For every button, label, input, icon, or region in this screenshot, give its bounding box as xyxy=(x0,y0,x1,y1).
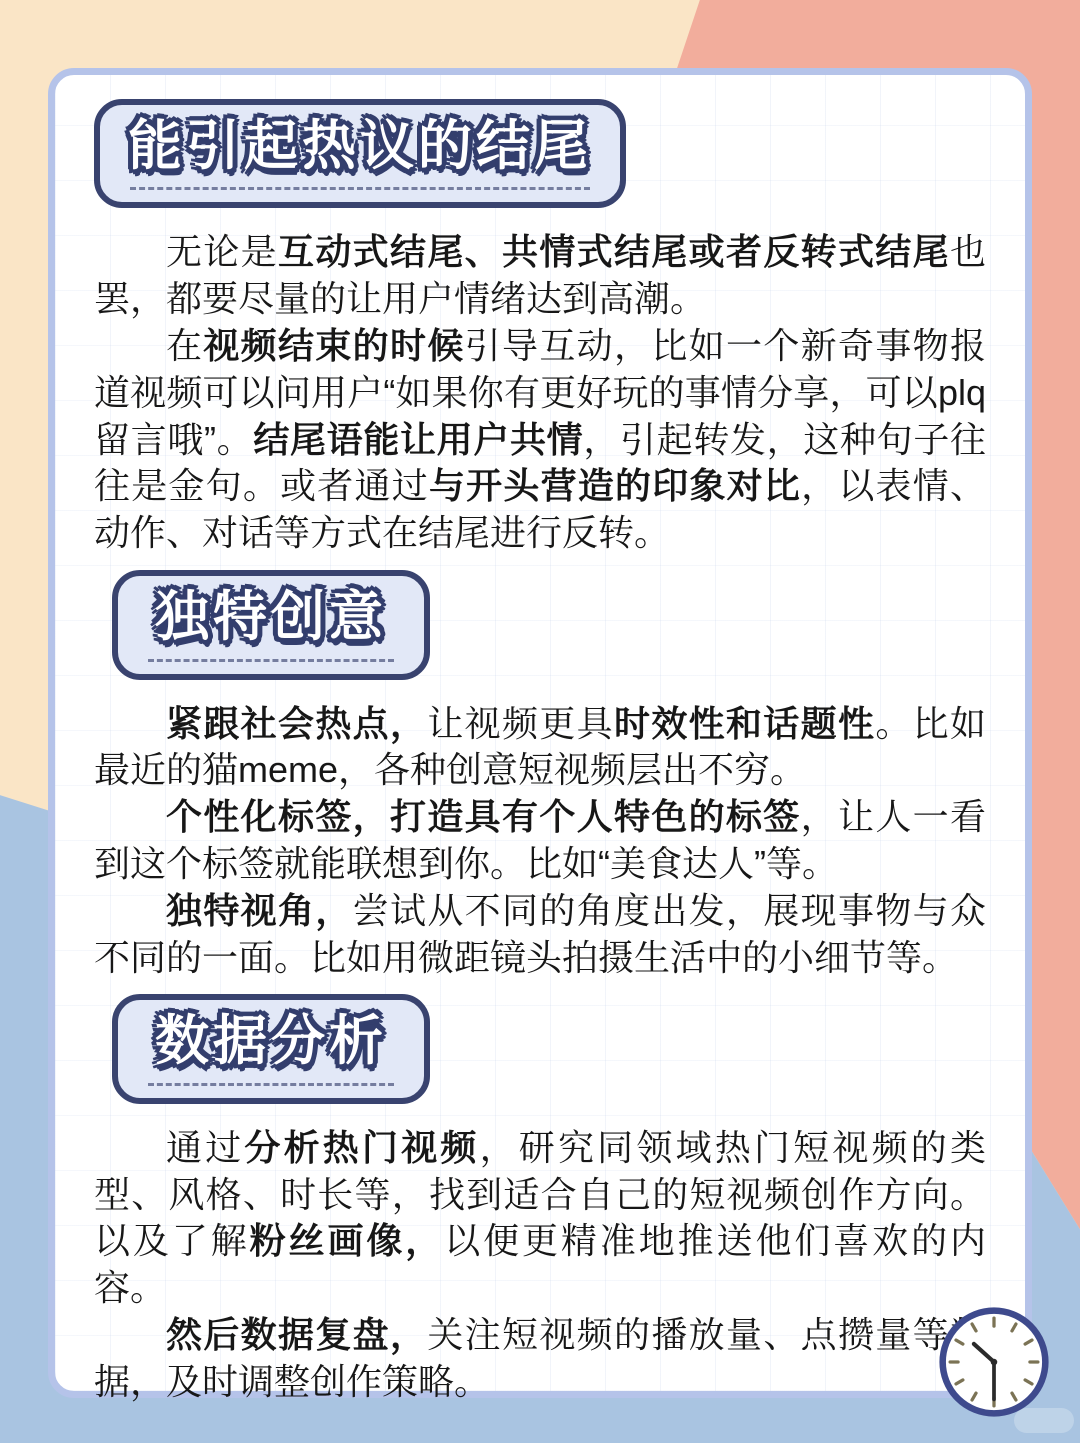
text-run: 在 xyxy=(166,325,203,366)
text-run: 通过 xyxy=(166,1127,244,1168)
section-hot-ending: 能引起热议的结尾无论是互动式结尾、共情式结尾或者反转式结尾也罢，都要尽量的让用户… xyxy=(94,99,986,557)
section-unique-creativity: 独特创意紧跟社会热点，让视频更具时效性和话题性。比如最近的猫meme，各种创意短… xyxy=(94,570,986,981)
bold-text-run: 时效性和话题性 xyxy=(614,703,875,744)
section-title: 能引起热议的结尾 xyxy=(128,116,592,176)
header-dashed-underline xyxy=(148,1083,394,1086)
paragraph: 个性化标签，打造具有个人特色的标签，让人一看到这个标签就能联想到你。比如“美食达… xyxy=(94,794,986,888)
section-title: 独特创意 xyxy=(146,587,396,647)
content-card: 能引起热议的结尾无论是互动式结尾、共情式结尾或者反转式结尾也罢，都要尽量的让用户… xyxy=(48,68,1032,1398)
text-run: 让视频更具 xyxy=(427,703,614,744)
bold-text-run: 粉丝画像， xyxy=(250,1220,445,1261)
paragraph: 紧跟社会热点，让视频更具时效性和话题性。比如最近的猫meme，各种创意短视频层出… xyxy=(94,701,986,795)
bold-text-run: 分析热门视频 xyxy=(244,1127,479,1168)
header-dashed-underline xyxy=(130,187,590,190)
bold-text-run: 个性化标签，打造具有个人特色的标签 xyxy=(166,796,801,837)
bold-text-run: 结尾语能让用户共情 xyxy=(253,419,583,460)
paragraph: 通过分析热门视频，研究同领域热门短视频的类型、风格、时长等，找到适合自己的短视频… xyxy=(94,1125,986,1312)
paragraph: 独特视角，尝试从不同的角度出发，展现事物与众不同的一面。比如用微距镜头拍摄生活中… xyxy=(94,888,986,982)
bold-text-run: 与开头营造的印象对比 xyxy=(429,465,801,506)
bold-text-run: 然后数据复盘， xyxy=(166,1314,427,1355)
bold-text-run: 互动式结尾、共情式结尾或者反转式结尾 xyxy=(278,231,950,272)
text-run: 无论是 xyxy=(166,231,278,272)
section-header-data-analysis: 数据分析 xyxy=(112,994,430,1103)
header-dashed-underline xyxy=(148,659,394,662)
section-header-hot-ending: 能引起热议的结尾 xyxy=(94,99,626,208)
paragraph: 然后数据复盘，关注短视频的播放量、点攒量等数据，及时调整创作策略。 xyxy=(94,1312,986,1406)
paragraph: 无论是互动式结尾、共情式结尾或者反转式结尾也罢，都要尽量的让用户情绪达到高潮。 xyxy=(94,229,986,323)
bold-text-run: 紧跟社会热点， xyxy=(166,703,427,744)
section-title: 数据分析 xyxy=(146,1011,396,1071)
bold-text-run: 独特视角， xyxy=(166,890,353,931)
paragraph: 在视频结束的时候引导互动，比如一个新奇事物报道视频可以问用户“如果你有更好玩的事… xyxy=(94,323,986,557)
clock-icon xyxy=(938,1306,1050,1418)
section-data-analysis: 数据分析通过分析热门视频，研究同领域热门短视频的类型、风格、时长等，找到适合自己… xyxy=(94,994,986,1405)
section-header-unique-creativity: 独特创意 xyxy=(112,570,430,679)
sections: 能引起热议的结尾无论是互动式结尾、共情式结尾或者反转式结尾也罢，都要尽量的让用户… xyxy=(94,99,986,1406)
bold-text-run: 视频结束的时候 xyxy=(203,325,464,366)
